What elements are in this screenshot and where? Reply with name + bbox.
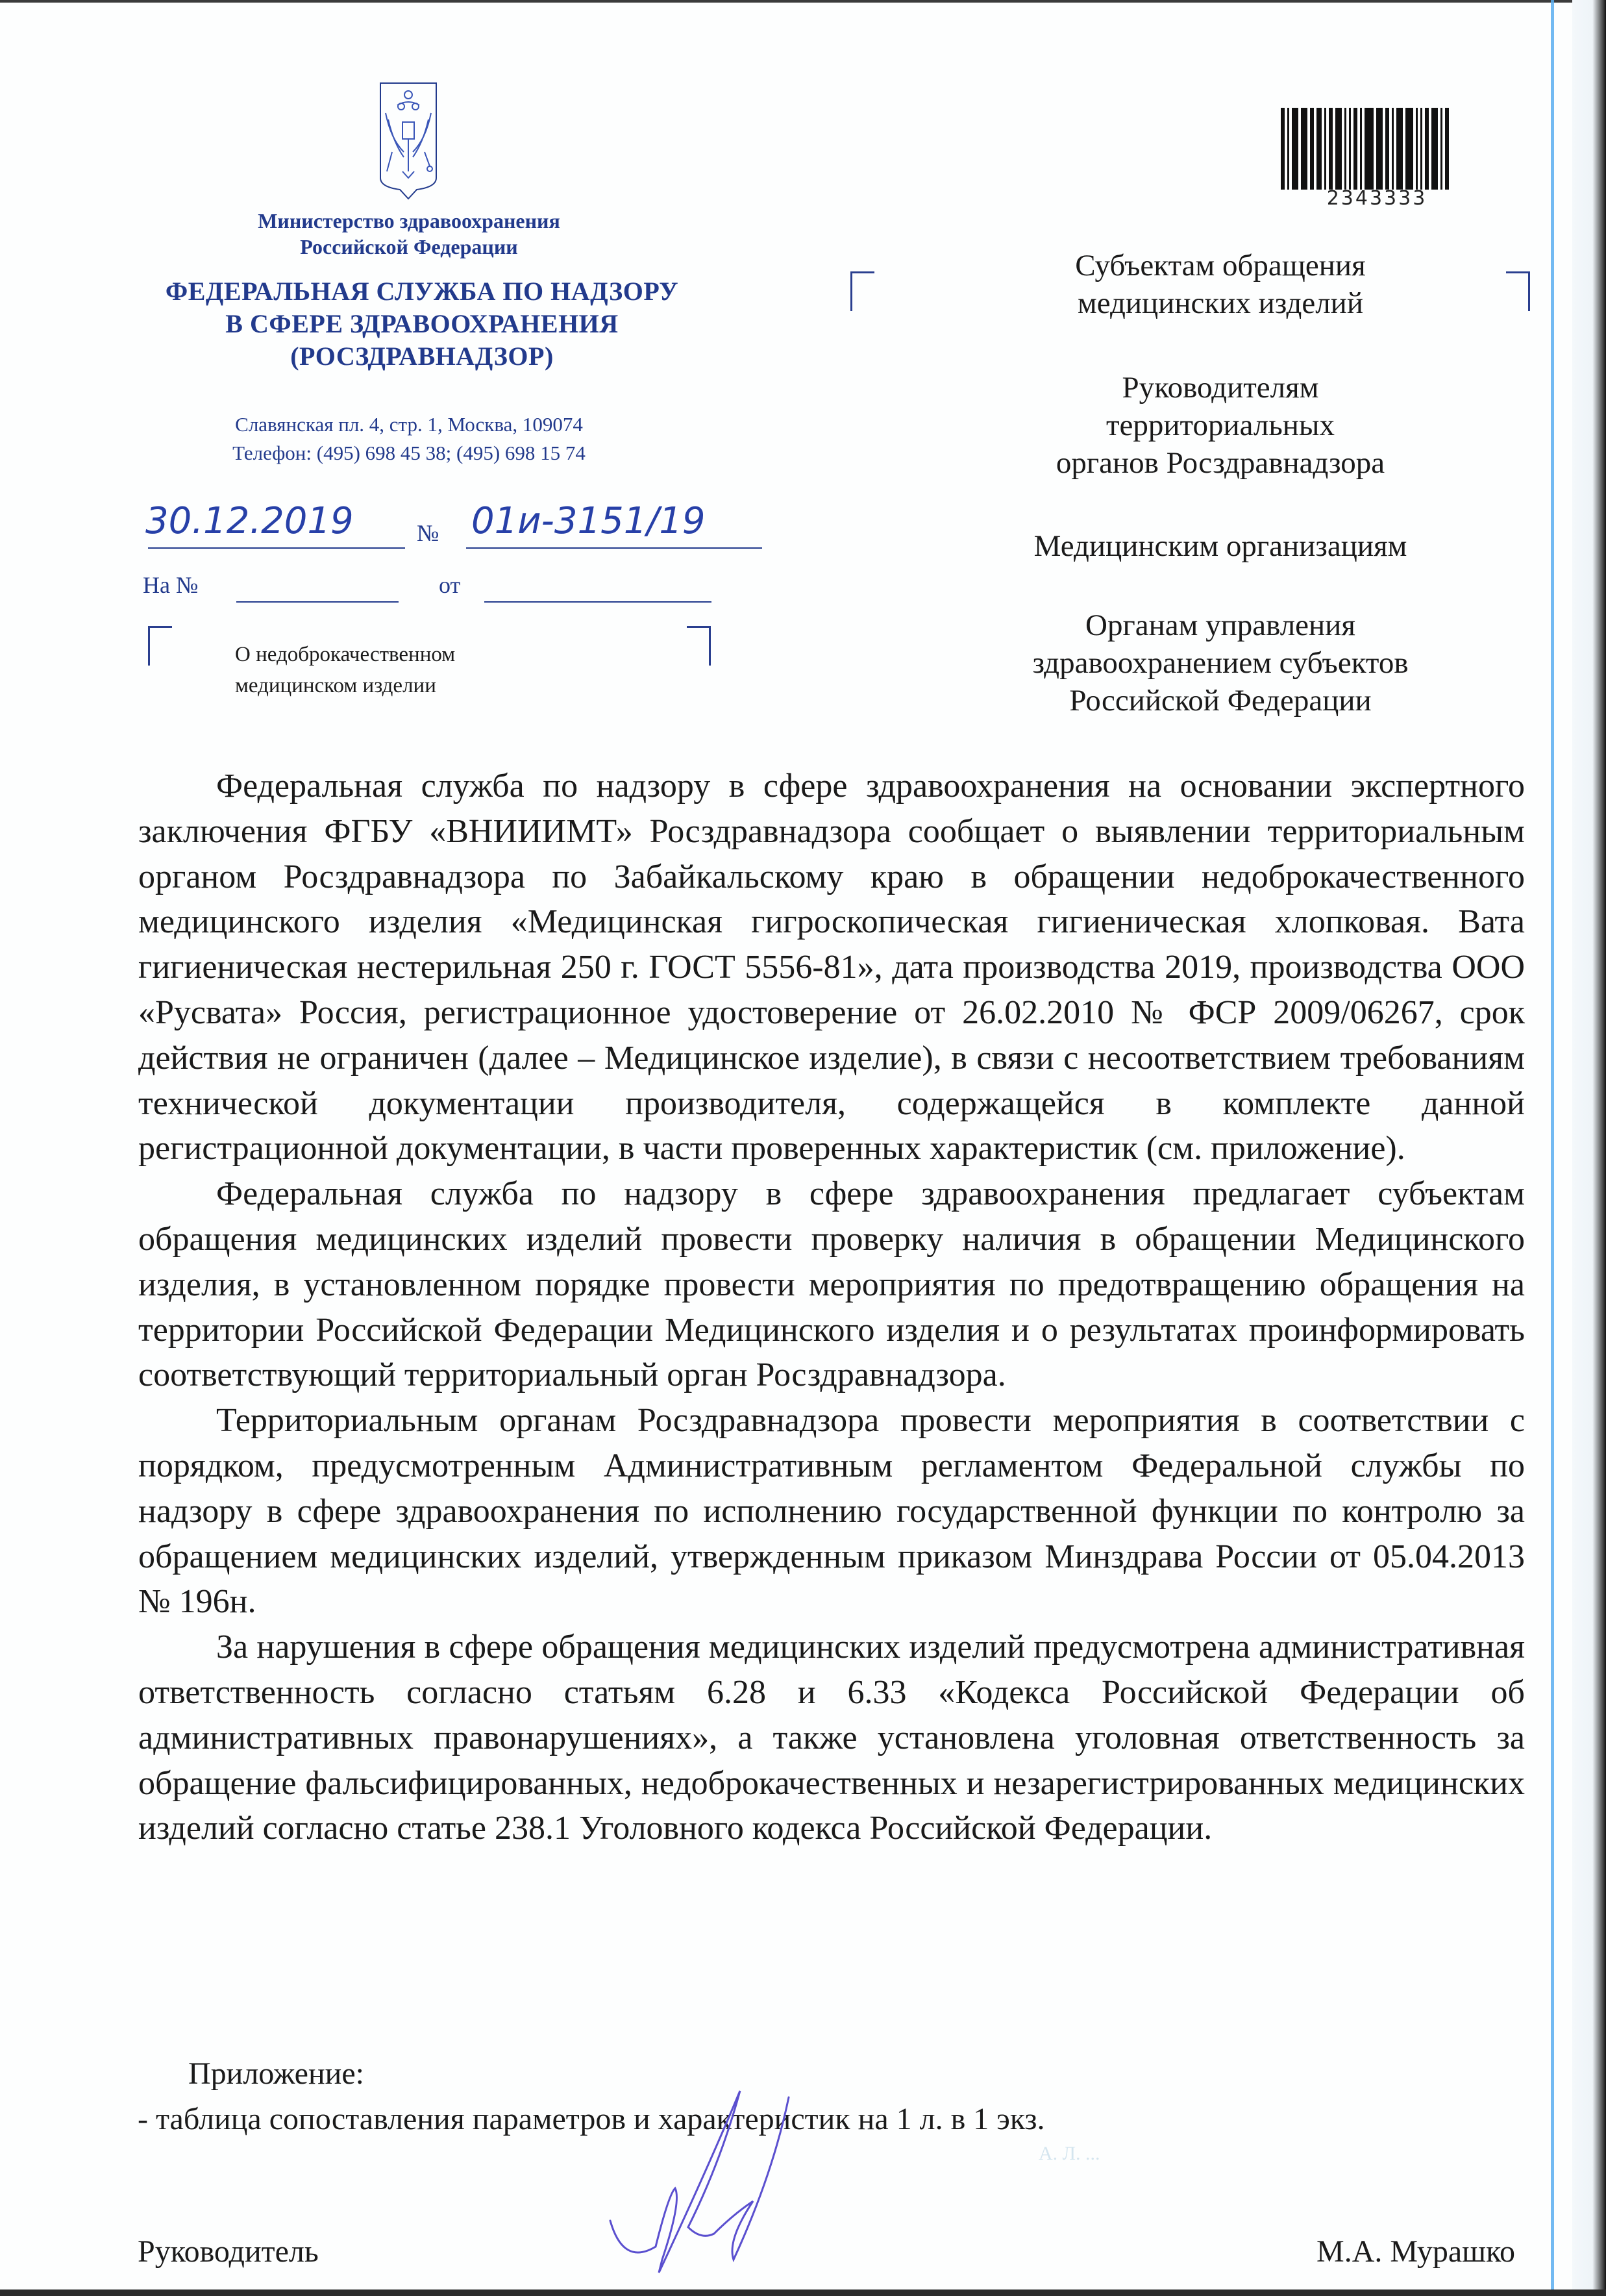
service-name: ФЕДЕРАЛЬНАЯ СЛУЖБА ПО НАДЗОРУ В СФЕРЕ ЗД… <box>136 275 708 373</box>
coat-of-arms-icon <box>378 81 439 200</box>
addressee-line: Российской Федерации <box>896 682 1545 719</box>
letter-body: Федеральная служба по надзору в сфере зд… <box>138 764 1525 1851</box>
barcode-number: 2343333 <box>1281 187 1473 210</box>
number-sign: № <box>417 519 439 547</box>
scan-bottom-edge <box>0 2290 1606 2296</box>
service-line-3: (РОСЗДРАВНАДЗОР) <box>136 340 708 373</box>
ministry-line-2: Российской Федерации <box>149 234 669 260</box>
scan-artifact-line <box>1551 0 1554 2296</box>
attachment-item: - таблица сопоставления параметров и хар… <box>138 2097 1044 2141</box>
registration-date: 30.12.2019 <box>145 500 404 542</box>
ministry-name: Министерство здравоохранения Российской … <box>149 208 669 260</box>
ministry-line-1: Министерство здравоохранения <box>149 208 669 234</box>
scan-right-edge <box>1572 0 1606 2296</box>
body-paragraph-3: Территориальным органам Росздравнадзора … <box>138 1398 1525 1625</box>
number-underline <box>466 547 762 549</box>
addressee-bracket-left <box>850 271 874 311</box>
subject-line-1: О недоброкачественном <box>235 639 455 670</box>
addressee-medical-orgs: Медицинским организациям <box>896 527 1545 565</box>
addressee-line: Медицинским организациям <box>896 527 1545 565</box>
handwritten-signature <box>604 2084 811 2279</box>
addressee-line: медицинских изделий <box>896 284 1545 322</box>
faint-stamp: А. Л. ... <box>1039 2143 1100 2165</box>
addressee-line: органов Росздравнадзора <box>896 444 1545 482</box>
letterhead-address: Славянская пл. 4, стр. 1, Москва, 109074… <box>149 410 669 468</box>
postal-address: Славянская пл. 4, стр. 1, Москва, 109074 <box>149 410 669 439</box>
addressee-line: территориальных <box>896 406 1545 444</box>
reply-to-number-line <box>236 601 399 603</box>
document-page: Министерство здравоохранения Российской … <box>0 0 1606 2296</box>
subject: О недоброкачественном медицинском издели… <box>235 639 455 701</box>
addressee-line: здравоохранением субъектов <box>896 644 1545 682</box>
date-underline <box>148 547 405 549</box>
service-line-1: ФЕДЕРАЛЬНАЯ СЛУЖБА ПО НАДЗОРУ <box>136 275 708 308</box>
addressee-subjects: Субъектам обращения медицинских изделий <box>896 247 1545 322</box>
subject-bracket-right <box>687 626 711 666</box>
from-date-line <box>484 601 711 603</box>
reply-to-label: На № <box>143 571 198 599</box>
body-paragraph-2: Федеральная служба по надзору в сфере зд… <box>138 1171 1525 1398</box>
addressee-line: Субъектам обращения <box>896 247 1545 284</box>
phone-numbers: Телефон: (495) 698 45 38; (495) 698 15 7… <box>149 439 669 468</box>
subject-line-2: медицинском изделии <box>235 670 455 701</box>
scan-top-edge <box>0 0 1606 3</box>
subject-bracket-left <box>148 626 172 666</box>
addressee-health-authorities: Органам управления здравоохранением субъ… <box>896 606 1545 719</box>
signatory-name: М.А. Мурашко <box>1316 2234 1515 2269</box>
from-label: от <box>439 571 460 599</box>
barcode <box>1281 108 1473 190</box>
addressee-line: Руководителям <box>896 369 1545 406</box>
body-paragraph-4: За нарушения в сфере обращения медицинск… <box>138 1625 1525 1851</box>
body-paragraph-1: Федеральная служба по надзору в сфере зд… <box>138 764 1525 1171</box>
attachment-label: Приложение: <box>188 2052 364 2096</box>
registration-number: 01и-3151/19 <box>471 500 763 542</box>
addressee-territorial-heads: Руководителям территориальных органов Ро… <box>896 369 1545 482</box>
addressee-line: Органам управления <box>896 606 1545 644</box>
service-line-2: В СФЕРЕ ЗДРАВООХРАНЕНИЯ <box>136 308 708 340</box>
signatory-role: Руководитель <box>138 2234 319 2269</box>
